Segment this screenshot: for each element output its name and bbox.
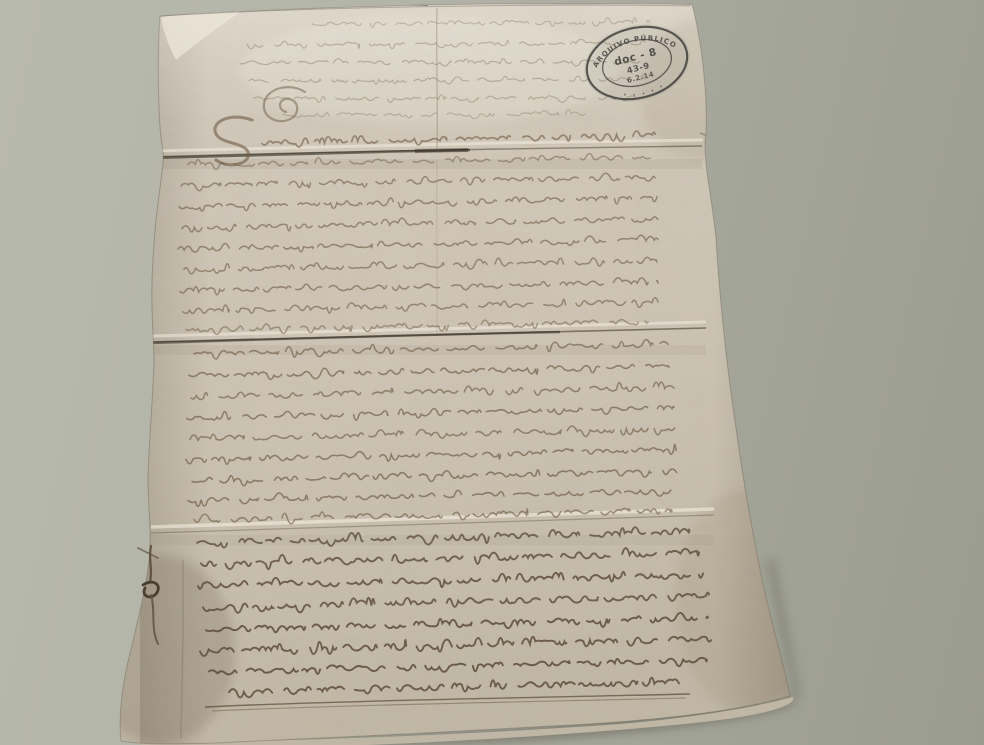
photo-background: ARQUIVO PÚBLICO · · · · · doc - 8 43-9 6… [0, 0, 984, 745]
manuscript-photo: ARQUIVO PÚBLICO · · · · · doc - 8 43-9 6… [0, 0, 984, 745]
center-vertical-crease [437, 8, 438, 332]
